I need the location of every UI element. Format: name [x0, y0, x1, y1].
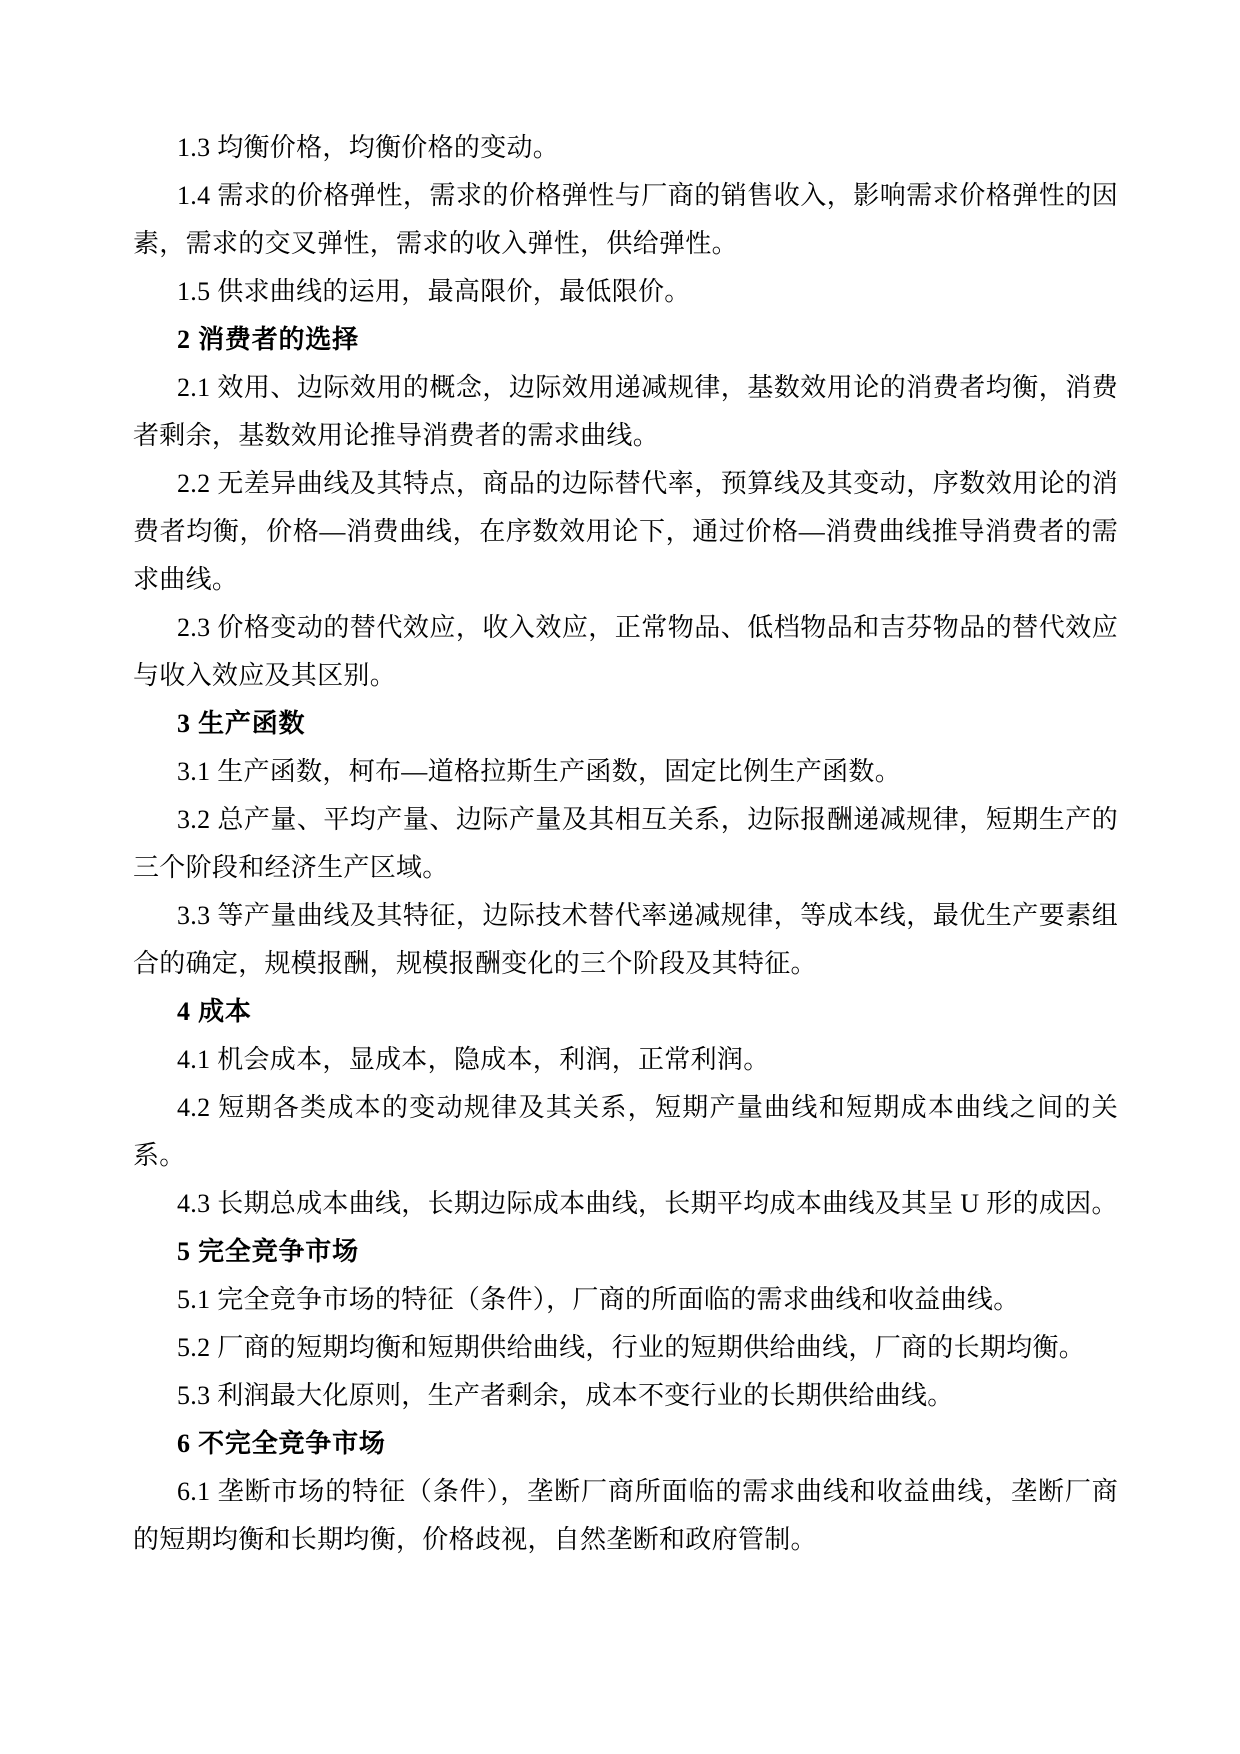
syllabus-item-3-1: 3.1 生产函数，柯布—道格拉斯生产函数，固定比例生产函数。 [133, 748, 1118, 796]
syllabus-item-5-2: 5.2 厂商的短期均衡和短期供给曲线，行业的短期供给曲线，厂商的长期均衡。 [133, 1324, 1118, 1372]
syllabus-item-5-3: 5.3 利润最大化原则，生产者剩余，成本不变行业的长期供给曲线。 [133, 1372, 1118, 1420]
section-heading-2: 2 消费者的选择 [133, 316, 1118, 364]
syllabus-item-4-3: 4.3 长期总成本曲线，长期边际成本曲线，长期平均成本曲线及其呈 U 形的成因。 [133, 1180, 1118, 1228]
section-heading-6: 6 不完全竞争市场 [133, 1420, 1118, 1468]
syllabus-item-4-2: 4.2 短期各类成本的变动规律及其关系，短期产量曲线和短期成本曲线之间的关系。 [133, 1084, 1118, 1180]
syllabus-item-4-1: 4.1 机会成本，显成本，隐成本，利润，正常利润。 [133, 1036, 1118, 1084]
syllabus-item-1-5: 1.5 供求曲线的运用，最高限价，最低限价。 [133, 268, 1118, 316]
section-heading-5: 5 完全竞争市场 [133, 1228, 1118, 1276]
syllabus-item-2-3: 2.3 价格变动的替代效应，收入效应，正常物品、低档物品和吉芬物品的替代效应与收… [133, 604, 1118, 700]
syllabus-item-1-3: 1.3 均衡价格，均衡价格的变动。 [133, 124, 1118, 172]
syllabus-item-2-2: 2.2 无差异曲线及其特点，商品的边际替代率，预算线及其变动，序数效用论的消费者… [133, 460, 1118, 604]
syllabus-item-5-1: 5.1 完全竞争市场的特征（条件），厂商的所面临的需求曲线和收益曲线。 [133, 1276, 1118, 1324]
syllabus-item-2-1: 2.1 效用、边际效用的概念，边际效用递减规律，基数效用论的消费者均衡，消费者剩… [133, 364, 1118, 460]
syllabus-item-3-2: 3.2 总产量、平均产量、边际产量及其相互关系，边际报酬递减规律，短期生产的三个… [133, 796, 1118, 892]
section-heading-4: 4 成本 [133, 988, 1118, 1036]
section-heading-3: 3 生产函数 [133, 700, 1118, 748]
syllabus-item-1-4: 1.4 需求的价格弹性，需求的价格弹性与厂商的销售收入，影响需求价格弹性的因素，… [133, 172, 1118, 268]
content-area: 1.3 均衡价格，均衡价格的变动。 1.4 需求的价格弹性，需求的价格弹性与厂商… [133, 124, 1118, 1564]
syllabus-item-3-3: 3.3 等产量曲线及其特征，边际技术替代率递减规律，等成本线，最优生产要素组合的… [133, 892, 1118, 988]
document-page: 1.3 均衡价格，均衡价格的变动。 1.4 需求的价格弹性，需求的价格弹性与厂商… [0, 0, 1240, 1754]
syllabus-item-6-1: 6.1 垄断市场的特征（条件），垄断厂商所面临的需求曲线和收益曲线，垄断厂商的短… [133, 1468, 1118, 1564]
